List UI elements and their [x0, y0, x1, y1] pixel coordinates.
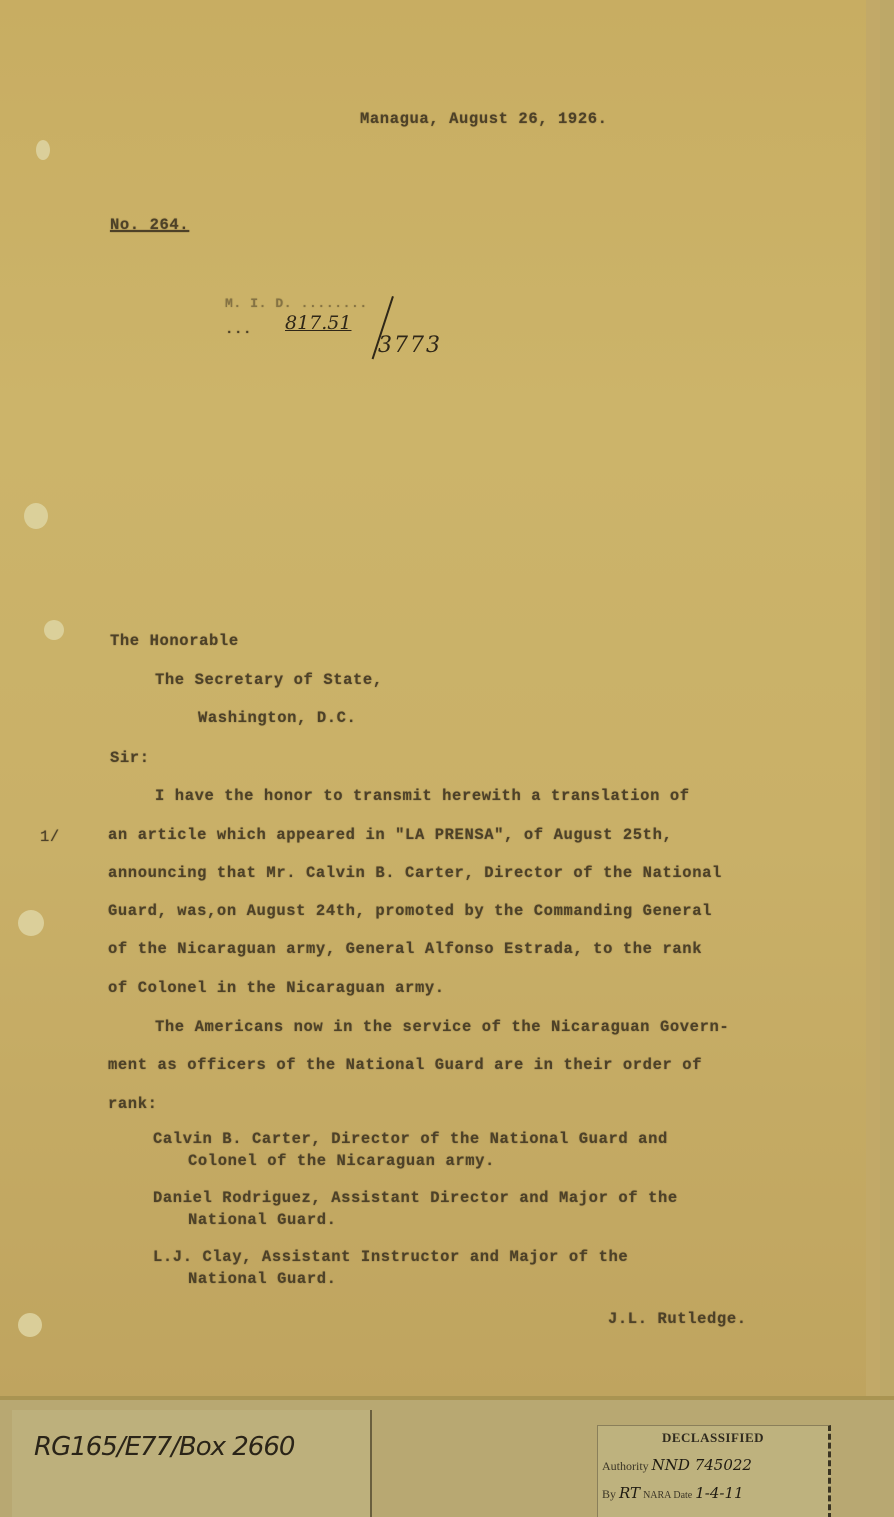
punch-hole [18, 1313, 42, 1337]
paragraph-line: an article which appeared in "LA PRENSA"… [108, 826, 672, 844]
officer-line: National Guard. [188, 1270, 337, 1288]
archive-label-handwritten: RG165/E77/Box 2660 [34, 1432, 294, 1462]
punch-hole [36, 140, 50, 160]
paragraph-line: of Colonel in the Nicaraguan army. [108, 979, 445, 997]
enclosure-marker: 1/ [40, 828, 60, 846]
stamp-authority-row: Authority NND 745022 [602, 1456, 752, 1474]
declassified-stamp: DECLASSIFIED Authority NND 745022 By RT … [597, 1425, 831, 1517]
paragraph-line: ment as officers of the National Guard a… [108, 1056, 702, 1074]
by-value: RT [619, 1484, 640, 1502]
authority-label: Authority [602, 1459, 649, 1473]
officer-line: Daniel Rodriguez, Assistant Director and… [153, 1189, 678, 1207]
punch-hole [44, 620, 64, 640]
paragraph-line: announcing that Mr. Calvin B. Carter, Di… [108, 864, 722, 882]
addressee-line3: Washington, D.C. [198, 709, 356, 727]
paragraph-line: rank: [108, 1095, 158, 1113]
dateline: Managua, August 26, 1926. [360, 110, 608, 128]
officer-line: Calvin B. Carter, Director of the Nation… [153, 1130, 668, 1148]
salutation: Sir: [110, 749, 150, 767]
addressee-line1: The Honorable [110, 632, 239, 650]
nara-date-label: NARA Date [643, 1490, 692, 1501]
officer-line: Colonel of the Nicaraguan army. [188, 1152, 495, 1170]
file-suffix-handwritten: 3773 [378, 333, 442, 358]
punch-hole [24, 503, 48, 529]
officer-line: L.J. Clay, Assistant Instructor and Majo… [153, 1248, 628, 1266]
stamp-by-row: By RT NARA Date 1-4-11 [602, 1484, 744, 1502]
paragraph-line: of the Nicaraguan army, General Alfonso … [108, 940, 702, 958]
date-value: 1-4-11 [695, 1484, 743, 1502]
paragraph-line: I have the honor to transmit herewith a … [155, 787, 690, 805]
paragraph-line: The Americans now in the service of the … [155, 1018, 729, 1036]
signature: J.L. Rutledge. [608, 1310, 747, 1328]
archive-label [12, 1410, 372, 1517]
punch-hole [18, 910, 44, 936]
addressee-line2: The Secretary of State, [155, 671, 383, 689]
file-stamp-line2: ... [225, 322, 252, 338]
paragraph-line: Guard, was,on August 24th, promoted by t… [108, 902, 712, 920]
file-stamp-line1: M. I. D. ........ [225, 296, 368, 311]
despatch-number: No. 264. [110, 216, 189, 234]
page-edge [880, 0, 894, 1400]
file-number-handwritten: 817.51 [285, 312, 351, 334]
officer-line: National Guard. [188, 1211, 337, 1229]
stamp-title: DECLASSIFIED [598, 1430, 828, 1446]
by-label: By [602, 1487, 616, 1501]
authority-value: NND 745022 [652, 1456, 752, 1474]
